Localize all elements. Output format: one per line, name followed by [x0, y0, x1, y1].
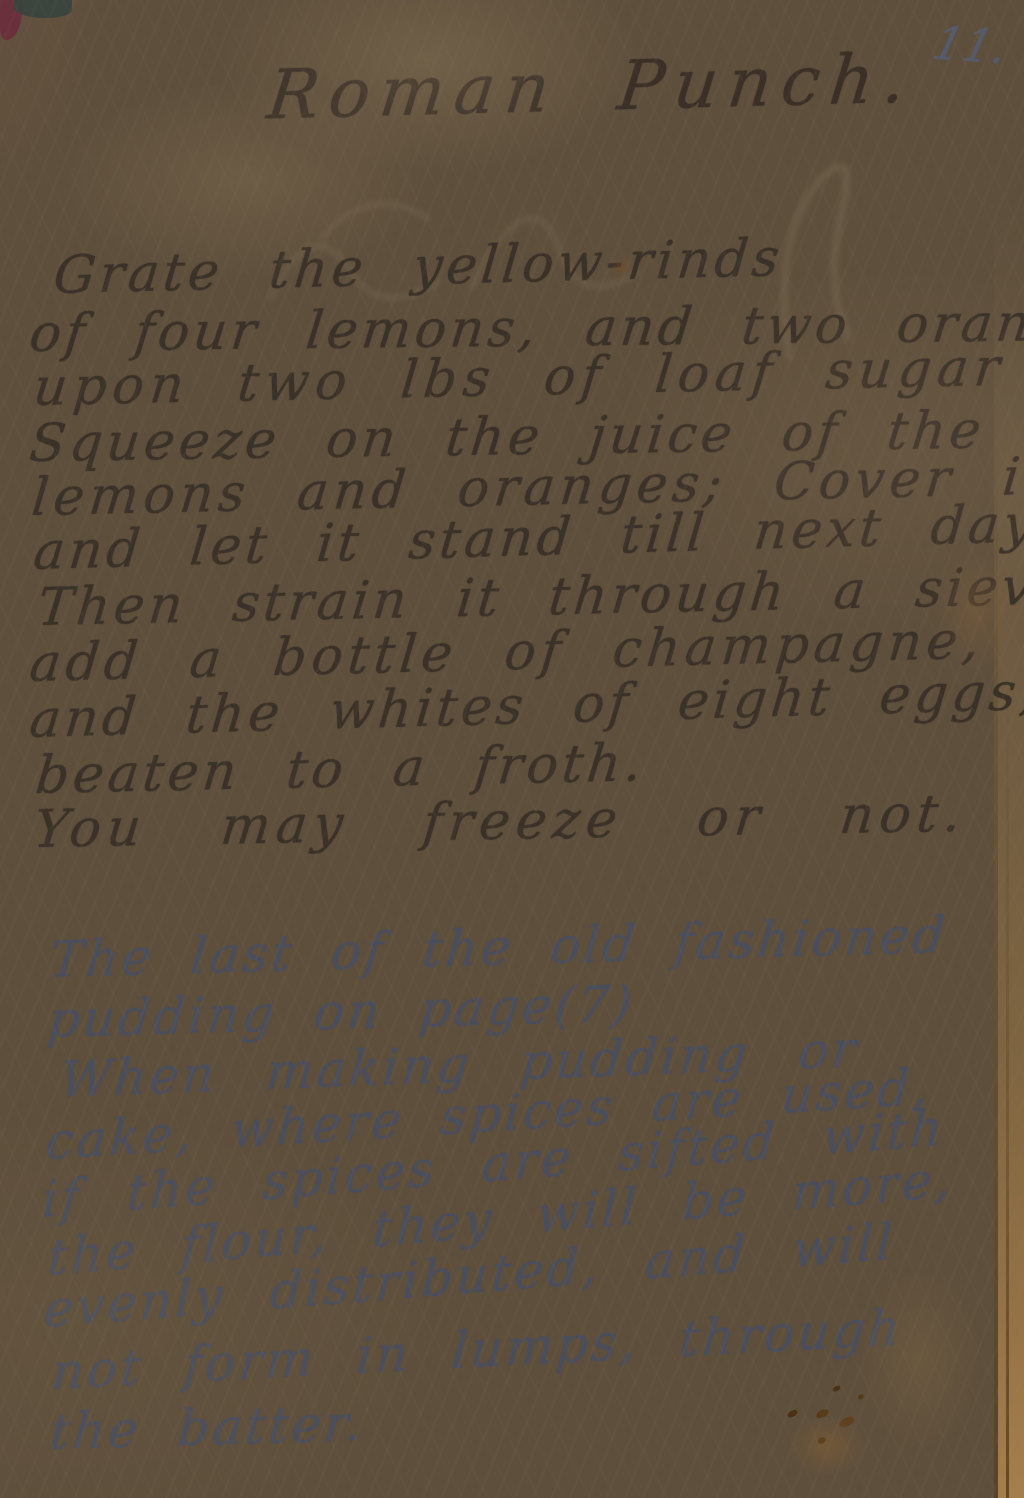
recipe-title: Roman Punch.: [264, 39, 920, 135]
recipe-text: Grate the yellow-rinds of four lemons, a…: [30, 240, 1024, 890]
page-curl-shading: [0, 0, 120, 260]
note-text: The last of the old fashioned pudding on…: [30, 925, 1024, 1485]
handwritten-line: the batter.: [47, 1394, 367, 1461]
book-cover-corner-teal: [14, 0, 72, 18]
handwritten-line: The last of the old fashioned: [47, 906, 950, 989]
handwritten-line: Grate the yellow-rinds: [51, 228, 786, 306]
page-number: 11.: [927, 16, 1013, 74]
notebook-page: 11. Roman Punch. Grate the yellow-rinds …: [0, 0, 1024, 1498]
